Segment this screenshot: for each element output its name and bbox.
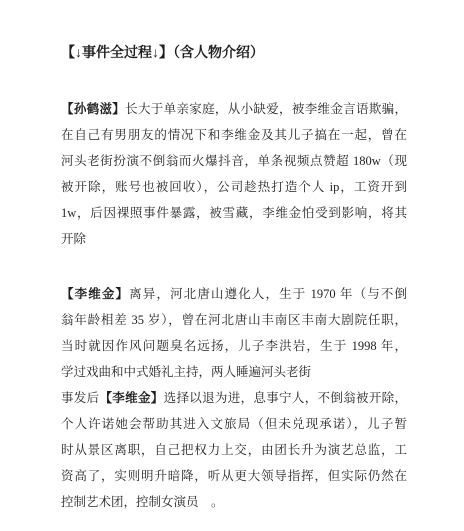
text-line: 被开除，账号也被回收），公司趁热打造个人 ip，工资开到	[61, 174, 407, 200]
paragraph: 事发后【李维金】选择以退为进，息事宁人，不倒翁被开除，个人许诺她会帮助其进入文旅…	[61, 385, 407, 515]
text-line: 资高了，实则明升暗降，听从更大领导指挥，但实际仍然在	[61, 463, 407, 489]
text-line: 事发后【李维金】选择以退为进，息事宁人，不倒翁被开除，	[61, 385, 407, 411]
text-line: 控制艺术团，控制女演员 。	[61, 489, 407, 515]
paragraph: 【孙鹤滋】长大于单亲家庭，从小缺爱，被李维金言语欺骗，在自己有男朋友的情况下和李…	[61, 96, 407, 252]
text-line: 1w，后因裸照事件暴露，被雪藏，李维金怕受到影响，将其	[61, 200, 407, 226]
text-segment: 当时就因作风问题臭名远扬，儿子李洪岩，生于 1998 年，	[61, 339, 407, 353]
text-segment: 河头老街扮演不倒翁而火爆抖音，单条视频点赞超 180w（现	[61, 154, 407, 168]
bold-name-tag: 【孙鹤滋】	[61, 102, 125, 116]
text-segment: 1w，后因裸照事件暴露，被雪藏，李维金怕受到影响，将其	[61, 206, 407, 220]
text-segment: 控制艺术团，控制女演员 。	[61, 495, 224, 509]
text-segment: 时从景区离职，自己把权力上交，由团长升为演艺总监，工	[61, 443, 407, 457]
text-segment: 事发后	[61, 391, 99, 405]
text-segment: 个人许诺她会帮助其进入文旅局（但未兑现承诺），儿子暂	[61, 417, 407, 431]
text-line: 【孙鹤滋】长大于单亲家庭，从小缺爱，被李维金言语欺骗，	[61, 96, 407, 122]
text-line: 翁年龄相差 35 岁），曾在河北唐山丰南区丰南大剧院任职，	[61, 307, 407, 333]
bold-name-tag: 【李维金】	[61, 287, 129, 301]
text-line: 个人许诺她会帮助其进入文旅局（但未兑现承诺），儿子暂	[61, 411, 407, 437]
text-line: 当时就因作风问题臭名远扬，儿子李洪岩，生于 1998 年，	[61, 333, 407, 359]
text-line: 开除	[61, 226, 407, 252]
text-line: 河头老街扮演不倒翁而火爆抖音，单条视频点赞超 180w（现	[61, 148, 407, 174]
text-segment: 离异，河北唐山遵化人，生于 1970 年（与不倒	[129, 287, 407, 301]
text-segment: 资高了，实则明升暗降，听从更大领导指挥，但实际仍然在	[61, 469, 407, 483]
document-title: 【↓事件全过程↓】（含人物介绍）	[61, 41, 407, 67]
text-segment: 被开除，账号也被回收），公司趁热打造个人 ip，工资开到	[61, 180, 407, 194]
text-segment: 在自己有男朋友的情况下和李维金及其儿子搞在一起，曾在	[61, 128, 407, 142]
document-page: 【↓事件全过程↓】（含人物介绍） 【孙鹤滋】长大于单亲家庭，从小缺爱，被李维金言…	[0, 0, 464, 531]
text-segment: 学过戏曲和中式婚礼主持，两人睡遍河头老街	[61, 365, 311, 379]
text-segment: 开除	[61, 232, 86, 246]
text-line: 时从景区离职，自己把权力上交，由团长升为演艺总监，工	[61, 437, 407, 463]
text-line: 学过戏曲和中式婚礼主持，两人睡遍河头老街	[61, 359, 407, 385]
text-line: 【李维金】离异，河北唐山遵化人，生于 1970 年（与不倒	[61, 281, 407, 307]
text-segment: 长大于单亲家庭，从小缺爱，被李维金言语欺骗，	[125, 102, 407, 116]
text-segment: 选择以退为进，息事宁人，不倒翁被开除，	[164, 391, 407, 405]
paragraph: 【李维金】离异，河北唐山遵化人，生于 1970 年（与不倒翁年龄相差 35 岁）…	[61, 281, 407, 385]
bold-name-tag: 【李维金】	[99, 391, 163, 405]
text-segment: 翁年龄相差 35 岁），曾在河北唐山丰南区丰南大剧院任职，	[61, 313, 407, 327]
document-body: 【孙鹤滋】长大于单亲家庭，从小缺爱，被李维金言语欺骗，在自己有男朋友的情况下和李…	[61, 96, 407, 515]
text-line: 在自己有男朋友的情况下和李维金及其儿子搞在一起，曾在	[61, 122, 407, 148]
